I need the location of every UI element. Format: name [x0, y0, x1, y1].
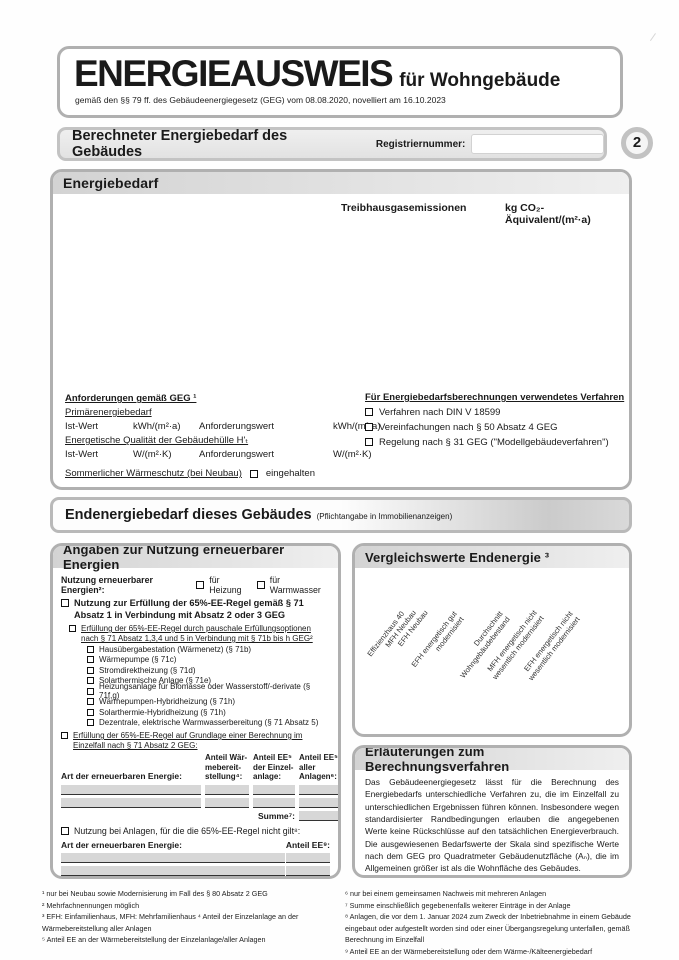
footnotes-left: ¹ nur bei Neubau sowie Modernisierung im…	[42, 888, 340, 946]
verfahren-option-label: Regelung nach § 31 GEG ("Modellgebäudeve…	[379, 437, 609, 448]
document-title: ENERGIEAUSWEIS	[74, 55, 392, 94]
footnote: ¹ nur bei Neubau sowie Modernisierung im…	[42, 888, 340, 900]
pauschal-option-label: Hausübergabestation (Wärmenetz) (§ 71b)	[99, 645, 251, 654]
einzelfall-row: Erfüllung der 65%-EE-Regel auf Grundlage…	[61, 731, 330, 751]
ee-anteil-table: Art der erneuerbaren Energie: Anteil Wär…	[61, 753, 330, 821]
erlaeuterungen-text: Das Gebäudeenergiegesetz lässt für die B…	[355, 770, 629, 875]
anteil-ee-alle-input[interactable]	[299, 798, 341, 808]
anteil-waerme-input[interactable]	[205, 798, 249, 808]
erneuerbare-energien-header: Angaben zur Nutzung erneuerbarer Energie…	[53, 546, 338, 568]
waermepumpe-checkbox[interactable]	[87, 656, 94, 663]
energiebedarf-box: Energiebedarf Treibhausgasemissionen kg …	[50, 169, 632, 490]
pauschal-option-label: Solarthermie-Hybridheizung (§ 71h)	[99, 708, 226, 717]
verfahren-option-row: Vereinfachungen nach § 50 Absatz 4 GEG	[365, 422, 627, 433]
nutzung-row: Nutzung erneuerbarer Energien²: für Heiz…	[61, 575, 330, 595]
sommerlicher-waermeschutz-label: Sommerlicher Wärmeschutz (bei Neubau)	[65, 467, 242, 481]
erneuerbare-energien-content: Nutzung erneuerbarer Energien²: für Heiz…	[53, 568, 338, 879]
pauschal-label: Erfüllung der 65%-EE-Regel durch pauscha…	[81, 624, 330, 644]
ee-regel-main-row: Nutzung zur Erfüllung der 65%-EE-Regel g…	[61, 598, 330, 621]
footnote: ⁷ Summe einschließlich gegebenenfalls we…	[345, 900, 650, 912]
vergleichswerte-header: Vergleichswerte Endenergie ³	[355, 546, 629, 568]
pauschal-option-row: Hausübergabestation (Wärmenetz) (§ 71b)	[87, 644, 330, 655]
summe-label: Summe⁷:	[253, 811, 295, 821]
pauschal-option-row: Solarthermie-Hybridheizung (§ 71h)	[87, 707, 330, 718]
pauschal-option-row: Dezentrale, elektrische Warmwasserbereit…	[87, 718, 330, 729]
w-unit-label-2: W/(m²·K)	[333, 448, 372, 462]
ist-wert-label: Ist-Wert	[65, 420, 98, 434]
w-unit-label: W/(m²·K)	[133, 448, 172, 462]
pauschal-option-label: Wärmepumpe (§ 71c)	[99, 655, 176, 664]
energiebedarf-header: Energiebedarf	[53, 172, 629, 194]
fuer-warmwasser-label: für Warmwasser	[270, 575, 330, 595]
fuer-heizung-checkbox[interactable]	[196, 581, 204, 589]
ist-wert-label-2: Ist-Wert	[65, 448, 98, 462]
dezentrale-warmwasser-checkbox[interactable]	[87, 719, 94, 726]
verfahren-vereinfachung-checkbox[interactable]	[365, 423, 373, 431]
pauschal-option-label: Dezentrale, elektrische Warmwasserbereit…	[99, 718, 318, 727]
document-header-box: ENERGIEAUSWEIS für Wohngebäude gemäß den…	[57, 46, 623, 118]
ee-table2-row	[61, 866, 330, 876]
stromdirektheizung-checkbox[interactable]	[87, 667, 94, 674]
nicht-gilt-row: Nutzung bei Anlagen, für die die 65%-EE-…	[61, 826, 330, 836]
footnote: ⁹ Anteil EE an der Wärmebereitstellung o…	[345, 946, 650, 958]
endenergiebedarf-title: Endenergiebedarf dieses Gebäudes	[65, 507, 312, 523]
pauschal-option-row: Wärmepumpe (§ 71c)	[87, 655, 330, 666]
einzelfall-label: Erfüllung der 65%-EE-Regel auf Grundlage…	[73, 731, 330, 751]
anteil-ee-input-2[interactable]	[286, 853, 330, 863]
gebaeudehuelle-label: Energetische Qualität der Gebäudehülle H…	[65, 434, 405, 448]
verfahren-block: Für Energiebedarfsberechnungen verwendet…	[365, 392, 627, 448]
page-number-badge: 2	[621, 127, 653, 159]
col-anteil-ee-header: Anteil EE⁹:	[286, 840, 330, 850]
col-art-header: Art der erneuerbaren Energie:	[61, 772, 201, 782]
co2-unit-label: kg CO₂-Äquivalent/(m²·a)	[505, 202, 629, 226]
footnote: ³ EFH: Einfamilienhaus, MFH: Mehrfamilie…	[42, 911, 340, 934]
energieausweis-page-2: ENERGIEAUSWEIS für Wohngebäude gemäß den…	[0, 0, 679, 960]
energie-art-input-2[interactable]	[61, 853, 285, 863]
anforderungen-title: Anforderungen gemäß GEG ¹	[65, 392, 405, 406]
anteil-ee-einzel-input[interactable]	[253, 785, 295, 795]
nutzung-label: Nutzung erneuerbarer Energien²:	[61, 575, 191, 595]
treibhausgas-label: Treibhausgasemissionen	[341, 202, 466, 214]
waermepumpen-hybrid-checkbox[interactable]	[87, 698, 94, 705]
huelle-values-row: Ist-Wert W/(m²·K) Anforderungswert W/(m²…	[65, 448, 405, 462]
verfahren-option-row: Regelung nach § 31 GEG ("Modellgebäudeve…	[365, 437, 627, 448]
ee-regel-main-label: Nutzung zur Erfüllung der 65%-EE-Regel g…	[74, 598, 330, 621]
summe-label-2: Summe⁷:	[65, 879, 102, 880]
scan-artifact	[650, 33, 660, 44]
document-title-row: ENERGIEAUSWEIS für Wohngebäude	[60, 49, 620, 94]
summe-input[interactable]	[299, 811, 341, 821]
anteil-ee-alle-input[interactable]	[299, 785, 341, 795]
biomasse-wasserstoff-checkbox[interactable]	[87, 688, 94, 695]
verfahren-modellgebaeude-checkbox[interactable]	[365, 438, 373, 446]
pauschal-option-label: Stromdirektheizung (§ 71d)	[99, 666, 196, 675]
anteil-waerme-input[interactable]	[205, 785, 249, 795]
anteil-ee-input-2[interactable]	[286, 866, 330, 876]
footnote: ⁵ Anteil EE an der Wärmebereitstellung d…	[42, 934, 340, 946]
einzelfall-checkbox[interactable]	[61, 732, 68, 739]
footnote: ² Mehrfachnennungen möglich	[42, 900, 340, 912]
primaerenergiebedarf-label: Primärenergiebedarf	[65, 406, 405, 420]
section-bar-title: Berechneter Energiebedarf des Gebäudes	[72, 128, 350, 160]
erneuerbare-energien-box: Angaben zur Nutzung erneuerbarer Energie…	[50, 543, 341, 879]
anforderungen-block: Anforderungen gemäß GEG ¹ Primärenergieb…	[65, 392, 405, 481]
verfahren-option-row: Verfahren nach DIN V 18599	[365, 407, 627, 418]
register-number-label: Registriernummer:	[376, 139, 465, 150]
solarthermie-hybrid-checkbox[interactable]	[87, 709, 94, 716]
vergleichswerte-box: Vergleichswerte Endenergie ³ Effizienzha…	[352, 543, 632, 737]
kwh-unit-label: kWh/(m²·a)	[133, 420, 181, 434]
fuer-warmwasser-checkbox[interactable]	[257, 581, 265, 589]
ee-table2-summe-row: Summe⁷:	[61, 879, 330, 880]
sommerlicher-waermeschutz-row: Sommerlicher Wärmeschutz (bei Neubau) ei…	[65, 467, 405, 481]
ee-regel-main-checkbox[interactable]	[61, 599, 69, 607]
erlaeuterungen-header: Erläuterungen zum Berechnungsverfahren	[355, 748, 629, 770]
pauschal-option-row: Stromdirektheizung (§ 71d)	[87, 665, 330, 676]
eingehalten-label: eingehalten	[266, 467, 315, 481]
fuer-heizung-label: für Heizung	[209, 575, 252, 595]
pauschal-row: Erfüllung der 65%-EE-Regel durch pauscha…	[69, 624, 330, 644]
verfahren-title: Für Energiebedarfsberechnungen verwendet…	[365, 392, 627, 403]
col-ee-einzelanlage-header: Anteil EE⁵ der Einzel- anlage:	[253, 753, 295, 782]
energie-art-input[interactable]	[61, 798, 201, 808]
nicht-gilt-checkbox[interactable]	[61, 827, 69, 835]
verfahren-din18599-checkbox[interactable]	[365, 408, 373, 416]
anforderungswert-label-2: Anforderungswert	[199, 448, 274, 462]
col-ee-alle-anlagen-header: Anteil EE⁵ aller Anlagen⁶:	[299, 753, 341, 782]
col-waermebereitstellung-header: Anteil Wär- mebereit- stellung⁴:	[205, 753, 249, 782]
pauschal-checkbox[interactable]	[69, 625, 76, 632]
summe-input-2[interactable]	[286, 879, 330, 880]
footnotes-right: ⁶ nur bei einem gemeinsamen Nachweis mit…	[345, 888, 650, 957]
col-art-header-2: Art der erneuerbaren Energie:	[61, 840, 182, 850]
ee-table2-row	[61, 853, 330, 863]
anforderungswert-label: Anforderungswert	[199, 420, 274, 434]
ee-table2-header: Art der erneuerbaren Energie: Anteil EE⁹…	[61, 840, 330, 850]
footnote: ⁸ Anlagen, die vor dem 1. Januar 2024 zu…	[345, 911, 650, 946]
hausuebergabestation-checkbox[interactable]	[87, 646, 94, 653]
section-bar-berechneter-energiebedarf: Berechneter Energiebedarf des Gebäudes R…	[57, 127, 607, 161]
primaer-values-row: Ist-Wert kWh/(m²·a) Anforderungswert kWh…	[65, 420, 405, 434]
document-subtitle: für Wohngebäude	[399, 70, 560, 92]
pauschal-options-list: Hausübergabestation (Wärmenetz) (§ 71b) …	[87, 644, 330, 728]
register-number-input[interactable]	[471, 134, 604, 154]
footnote: ⁶ nur bei einem gemeinsamen Nachweis mit…	[345, 888, 650, 900]
nicht-gilt-label: Nutzung bei Anlagen, für die die 65%-EE-…	[74, 826, 300, 836]
verfahren-option-label: Verfahren nach DIN V 18599	[379, 407, 500, 418]
verfahren-option-label: Vereinfachungen nach § 50 Absatz 4 GEG	[379, 422, 558, 433]
anteil-ee-einzel-input[interactable]	[253, 798, 295, 808]
eingehalten-checkbox[interactable]	[250, 470, 258, 478]
endenergiebedarf-subtitle: (Pflichtangabe in Immobilienanzeigen)	[317, 512, 453, 521]
energie-art-input-2[interactable]	[61, 866, 285, 876]
endenergiebedarf-bar: Endenergiebedarf dieses Gebäudes (Pflich…	[50, 497, 632, 533]
erlaeuterungen-box: Erläuterungen zum Berechnungsverfahren D…	[352, 745, 632, 878]
energie-art-input[interactable]	[61, 785, 201, 795]
pauschal-option-label: Wärmepumpen-Hybridheizung (§ 71h)	[99, 697, 235, 706]
solarthermische-anlage-checkbox[interactable]	[87, 677, 94, 684]
pauschal-option-row: Heizungsanlage für Biomasse oder Wassers…	[87, 686, 330, 697]
law-reference-note: gemäß den §§ 79 ff. des Gebäudeenergiege…	[60, 94, 620, 105]
